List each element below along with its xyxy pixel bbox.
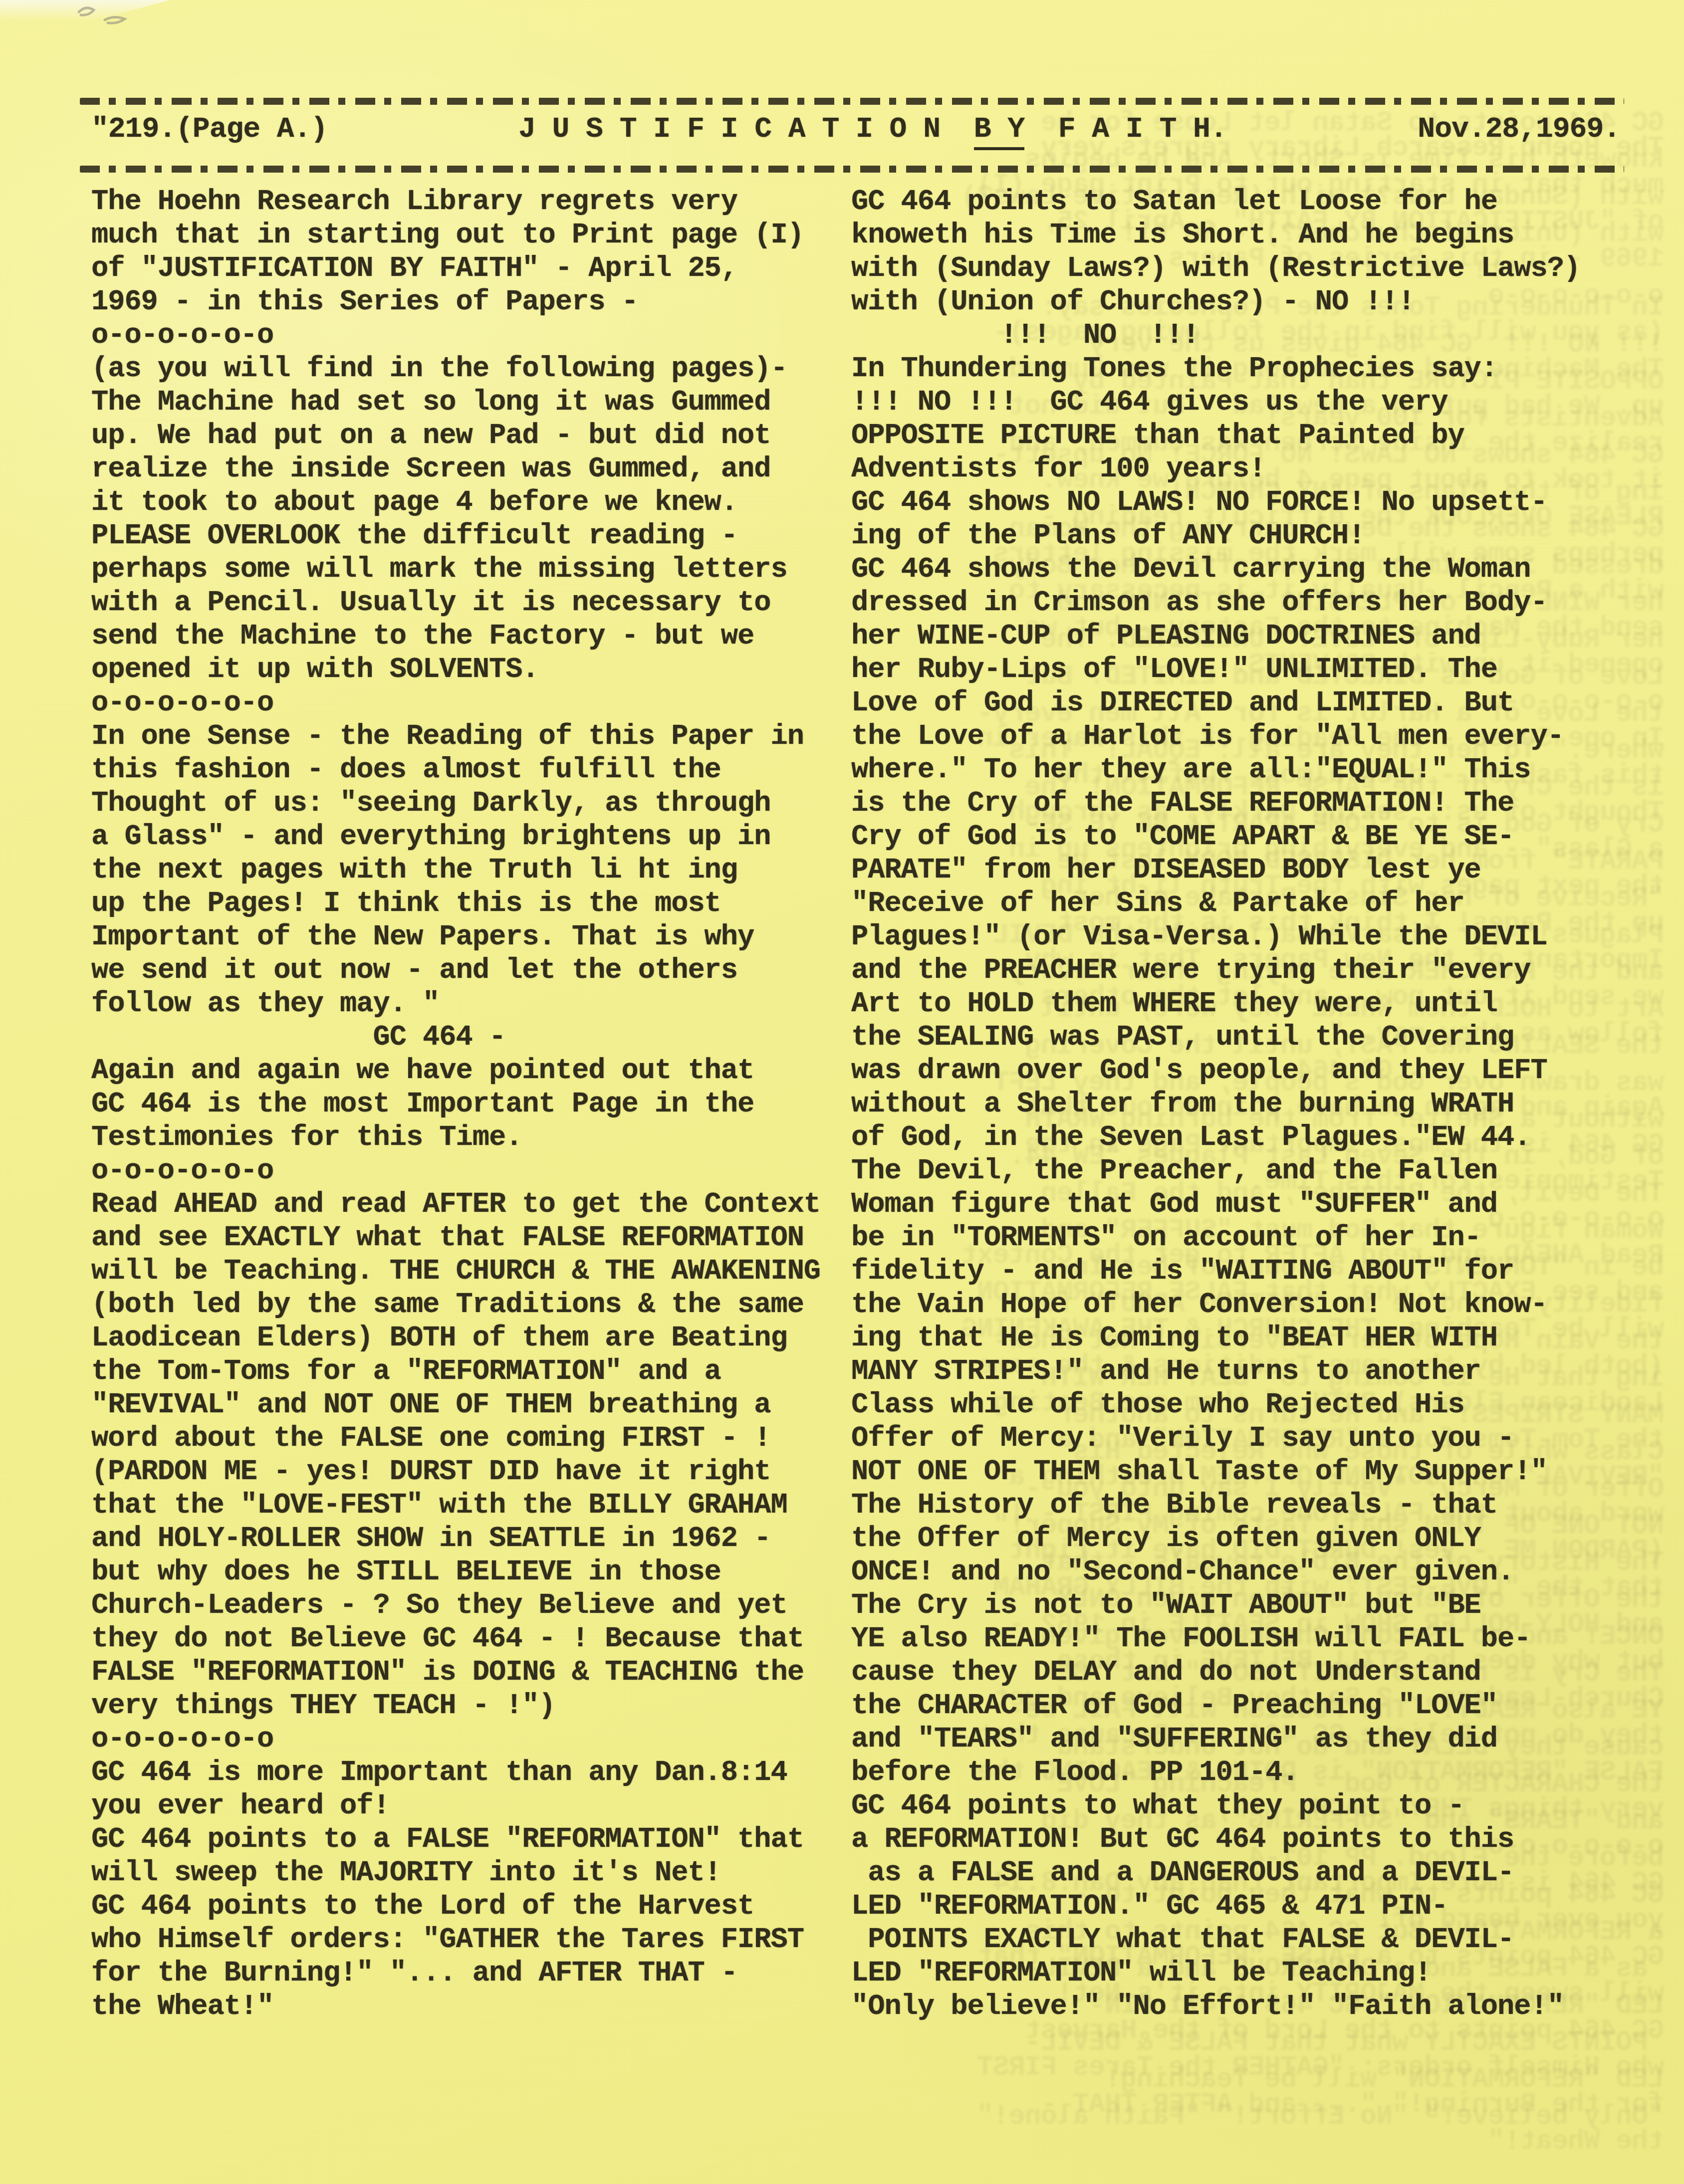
divider-rule — [80, 98, 1624, 105]
text-line: Testimonies for this Time. — [91, 1121, 820, 1155]
text-line: with a Pencil. Usually it is necessary t… — [91, 587, 820, 620]
text-line: In one Sense - the Reading of this Paper… — [91, 720, 820, 754]
text-line: we send it out now - and let the others — [91, 954, 820, 988]
text-line: for the Burning!" "... and AFTER THAT - — [60, 2086, 1664, 2123]
text-line: for the Burning!" "... and AFTER THAT - — [91, 1957, 820, 1990]
text-line: was drawn over God's people, and they LE… — [851, 1055, 1580, 1088]
page-title-pre: J U S T I F I C A T I O N — [518, 113, 974, 146]
text-line: follow as they may. " — [91, 988, 820, 1021]
text-line: GC 464 points to Satan let Loose for he — [851, 186, 1580, 219]
text-line: ONCE! and no "Second-Chance" ever given. — [851, 1556, 1580, 1589]
text-line: o-o-o-o-o-o — [91, 1155, 820, 1188]
text-line: be in "TORMENTS" on account of her In- — [851, 1222, 1580, 1255]
text-line: Art to HOLD them WHERE they were, until — [851, 988, 1580, 1021]
text-line: where." To her they are all:"EQUAL!" Thi… — [851, 754, 1580, 787]
text-line: much that in starting out to Print page … — [91, 219, 820, 252]
text-line: The Devil, the Preacher, and the Fallen — [851, 1155, 1580, 1188]
text-line: (as you will find in the following pages… — [91, 353, 820, 386]
text-line: ing of the Plans of ANY CHURCH! — [851, 520, 1580, 553]
text-line: GC 464 points to the Lord of the Harvest — [91, 1890, 820, 1924]
text-line: that the "LOVE-FEST" with the BILLY GRAH… — [91, 1489, 820, 1523]
text-line: Again and again we have pointed out that — [91, 1055, 820, 1088]
text-line: the Offer of Mercy is often given ONLY — [851, 1523, 1580, 1556]
text-line: The Hoehn Research Library regrets very — [91, 186, 820, 219]
text-line: it took to about page 4 before we knew. — [91, 486, 820, 520]
text-line: the Vain Hope of her Conversion! Not kno… — [851, 1289, 1580, 1322]
text-line: o-o-o-o-o-o — [91, 319, 820, 353]
text-line: will sweep the MAJORITY into it's Net! — [91, 1857, 820, 1890]
text-line: GC 464 shows the Devil carrying the Woma… — [851, 553, 1580, 587]
text-line: Adventists for 100 years! — [851, 453, 1580, 486]
text-line: Read AHEAD and read AFTER to get the Con… — [91, 1188, 820, 1222]
text-line: Laodicean Elders) BOTH of them are Beati… — [91, 1322, 820, 1355]
text-line: a REFORMATION! But GC 464 points to this — [851, 1823, 1580, 1857]
text-line: and see EXACTLY what that FALSE REFORMAT… — [91, 1222, 820, 1255]
left-column: The Hoehn Research Library regrets verym… — [91, 186, 820, 2024]
text-line: ing that He is Coming to "BEAT HER WITH — [851, 1322, 1580, 1355]
text-line: GC 464 points to a FALSE "REFORMATION" t… — [91, 1823, 820, 1857]
text-line: cause they DELAY and do not Understand — [851, 1656, 1580, 1690]
text-line: the Love of a Harlot is for "All men eve… — [851, 720, 1580, 754]
text-line: before the Flood. PP 101-4. — [851, 1756, 1580, 1790]
text-line: The Cry is not to "WAIT ABOUT" but "BE — [851, 1589, 1580, 1623]
text-line: LED "REFORMATION" will be Teaching! — [20, 2061, 1664, 2098]
text-line: GC 464 is more Important than any Dan.8:… — [91, 1756, 820, 1790]
pencil-mark-artifact — [75, 3, 185, 33]
page-number-label: "219.(Page A.) — [91, 113, 327, 146]
text-line: the next pages with the Truth li ht ing — [91, 854, 820, 887]
text-line: PARATE" from her DISEASED BODY lest ye — [851, 854, 1580, 887]
text-line: this fashion - does almost fulfill the — [91, 754, 820, 787]
text-line: "Receive of her Sins & Partake of her — [851, 887, 1580, 921]
text-line: very things THEY TEACH - !") — [91, 1690, 820, 1723]
text-line: up. We had put on a new Pad - but did no… — [91, 420, 820, 453]
text-line: and the PREACHER were trying their "ever… — [851, 954, 1580, 988]
text-line: Church-Leaders - ? So they Believe and y… — [91, 1589, 820, 1623]
text-line: o-o-o-o-o-o — [91, 687, 820, 720]
text-line: The History of the Bible reveals - that — [851, 1489, 1580, 1523]
text-line: LED "REFORMATION" will be Teaching! — [851, 1957, 1580, 1990]
text-line: The Machine had set so long it was Gumme… — [91, 386, 820, 420]
text-line: perhaps some will mark the missing lette… — [91, 553, 820, 587]
text-line: "Only believe!" "No Effort!" "Faith alon… — [20, 2098, 1664, 2135]
text-line: Offer of Mercy: "Verily I say unto you - — [851, 1422, 1580, 1456]
text-line: with (Sunday Laws?) with (Restrictive La… — [851, 252, 1580, 286]
text-line: realize the inside Screen was Gummed, an… — [91, 453, 820, 486]
text-line: NOT ONE OF THEM shall Taste of My Supper… — [851, 1456, 1580, 1489]
text-line: of God, in the Seven Last Plagues."EW 44… — [851, 1121, 1580, 1155]
page-date: Nov.28,1969. — [1418, 113, 1620, 146]
text-line: GC 464 is the most Important Page in the — [91, 1088, 820, 1121]
page-title-by-underlined: B Y — [974, 113, 1024, 150]
text-line: POINTS EXACTLY what that FALSE & DEVIL- — [20, 2024, 1664, 2061]
text-line: opened it up with SOLVENTS. — [91, 654, 820, 687]
text-line: o-o-o-o-o-o — [91, 1723, 820, 1756]
text-line: !!! NO !!! — [851, 319, 1580, 353]
text-line: fidelity - and He is "WAITING ABOUT" for — [851, 1255, 1580, 1289]
text-line: MANY STRIPES!" and He turns to another — [851, 1355, 1580, 1389]
text-line: and "TEARS" and "SUFFERING" as they did — [851, 1723, 1580, 1756]
text-line: Woman figure that God must "SUFFER" and — [851, 1188, 1580, 1222]
text-line: !!! NO !!! GC 464 gives us the very — [851, 386, 1580, 420]
text-line: with (Union of Churches?) - NO !!! — [851, 286, 1580, 319]
text-line: PLEASE OVERLOOK the difficult reading - — [91, 520, 820, 553]
text-line: YE also READY!" The FOOLISH will FAIL be… — [851, 1623, 1580, 1656]
text-line: her WINE-CUP of PLEASING DOCTRINES and — [851, 620, 1580, 654]
text-line: (PARDON ME - yes! DURST DID have it righ… — [91, 1456, 820, 1489]
text-line: Cry of God is to "COME APART & BE YE SE- — [851, 821, 1580, 854]
text-line: GC 464 - — [91, 1021, 820, 1055]
divider-rule — [80, 166, 1624, 173]
text-line: 1969 - in this Series of Papers - — [91, 286, 820, 319]
text-line: and HOLY-ROLLER SHOW in SEATTLE in 1962 … — [91, 1523, 820, 1556]
text-line: without a Shelter from the burning WRATH — [851, 1088, 1580, 1121]
text-line: GC 464 shows NO LAWS! NO FORCE! No upset… — [851, 486, 1580, 520]
text-line: as a FALSE and a DANGEROUS and a DEVIL- — [851, 1857, 1580, 1890]
text-line: Important of the New Papers. That is why — [91, 921, 820, 954]
text-line: up the Pages! I think this is the most — [91, 887, 820, 921]
text-line: GC 464 points to what they point to - — [851, 1790, 1580, 1823]
text-line: Love of God is DIRECTED and LIMITED. But — [851, 687, 1580, 720]
text-line: Thought of us: "seeing Darkly, as throug… — [91, 787, 820, 821]
text-line: FALSE "REFORMATION" is DOING & TEACHING … — [91, 1656, 820, 1690]
text-line: (both led by the same Traditions & the s… — [91, 1289, 820, 1322]
text-line: is the Cry of the FALSE REFORMATION! The — [851, 787, 1580, 821]
text-line: dressed in Crimson as she offers her Bod… — [851, 587, 1580, 620]
text-line: who Himself orders: "GATHER the Tares FI… — [91, 1924, 820, 1957]
text-line: they do not Believe GC 464 - ! Because t… — [91, 1623, 820, 1656]
text-line: of "JUSTIFICATION BY FAITH" - April 25, — [91, 252, 820, 286]
text-line: In Thundering Tones the Prophecies say: — [851, 353, 1580, 386]
text-line: the SEALING was PAST, until the Covering — [851, 1021, 1580, 1055]
text-line: word about the FALSE one coming FIRST - … — [91, 1422, 820, 1456]
document-page: GC 464 points to Satan let Loose for hek… — [0, 0, 1684, 2184]
text-line: her Ruby-Lips of "LOVE!" UNLIMITED. The — [851, 654, 1580, 687]
text-line: a Glass" - and everything brightens up i… — [91, 821, 820, 854]
text-line: Class while of those who Rejected His — [851, 1389, 1580, 1422]
page-title: J U S T I F I C A T I O N B Y F A I T H. — [518, 113, 1227, 146]
text-line: POINTS EXACTLY what that FALSE & DEVIL- — [851, 1924, 1580, 1957]
text-line: Plagues!" (or Visa-Versa.) While the DEV… — [851, 921, 1580, 954]
text-line: "Only believe!" "No Effort!" "Faith alon… — [851, 1990, 1580, 2024]
page-title-post: F A I T H. — [1024, 113, 1227, 146]
text-line: but why does he STILL BELIEVE in those — [91, 1556, 820, 1589]
text-line: will be Teaching. THE CHURCH & THE AWAKE… — [91, 1255, 820, 1289]
text-line: the Wheat!" — [91, 1990, 820, 2024]
text-line: "REVIVAL" and NOT ONE OF THEM breathing … — [91, 1389, 820, 1422]
text-line: knoweth his Time is Short. And he begins — [20, 142, 1664, 179]
text-line: the Wheat!" — [60, 2123, 1664, 2160]
text-line: the CHARACTER of God - Preaching "LOVE" — [851, 1690, 1580, 1723]
right-column: GC 464 points to Satan let Loose for hek… — [851, 186, 1580, 2024]
text-line: the Tom-Toms for a "REFORMATION" and a — [91, 1355, 820, 1389]
text-line: you ever heard of! — [91, 1790, 820, 1823]
page-header: "219.(Page A.) J U S T I F I C A T I O N… — [91, 113, 1620, 146]
text-line: LED "REFORMATION." GC 465 & 471 PIN- — [851, 1890, 1580, 1924]
text-line: who Himself orders: "GATHER the Tares FI… — [60, 2049, 1664, 2086]
text-line: send the Machine to the Factory - but we — [91, 620, 820, 654]
text-line: knoweth his Time is Short. And he begins — [851, 219, 1580, 252]
text-line: OPPOSITE PICTURE than that Painted by — [851, 420, 1580, 453]
